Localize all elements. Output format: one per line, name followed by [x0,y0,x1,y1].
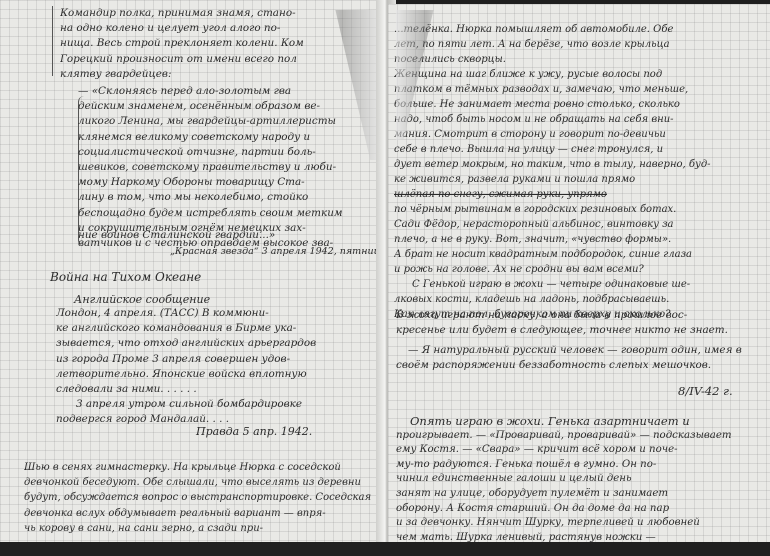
text-line: занят на улице, оборудует пулемёт и зани… [396,487,762,502]
text-line: А брат не носит квадратным подбородок, с… [394,247,764,262]
text-line: — Я натуральный русский человек — говори… [396,343,760,358]
text-line: больше. Не занимает места ровно столько,… [394,97,764,112]
diary-entry-paragraph: ...телёнка. Нюрка помышляет об автомобил… [394,22,764,322]
diary-entry-paragraph: Шью в сенях гимнастерку. На крыльце Нюрк… [24,460,374,536]
text-line: лковых кости, кладешь на ладонь, подбрас… [394,292,764,307]
text-line: своём распоряжении беззаботность слепых … [396,358,760,373]
text-line: летворительно. Японские войска вплотную [56,367,374,382]
text-line: дует ветер мокрым, но таким, что в тылу,… [394,157,764,172]
text-line: Сади Фёдор, нерасторопный альбинос, винт… [394,217,764,232]
text-line: себе в плечо. Вышла на улицу — снег трон… [394,142,764,157]
text-line: Горецкий произносит от имени всего пол [60,52,372,67]
text-line: мому Наркому Обороны товарищу Ста- [78,175,374,190]
text-line: зывается, что отход английских арьергард… [56,336,374,351]
text-line: ке живится, развела руками и пошла прямо [394,172,764,187]
text-line: девчонка вслух обдумывает реальный вариа… [24,506,374,521]
section-subheading: Английское сообщение [74,292,210,307]
oath-source-citation: „Красная звезда“ 3 апреля 1942, пятница [170,244,382,259]
notebook-spread: Командир полка, принимая знамя, стано- н… [0,0,770,556]
text-line: ние воинов Сталинской гвардии...» [78,228,374,243]
oath-quote: — «Склоняясь перед ало-золотым гва дейск… [78,84,374,251]
text-line: Командир полка, принимая знамя, стано- [60,6,372,21]
news-report: Лондон, 4 апреля. (ТАСС) В коммюни- ке а… [56,306,374,428]
text-line: му-то радуются. Генька пошёл в гумно. Он… [396,458,762,473]
text-line: платком в тёмных разводах и, замечаю, чт… [394,82,764,97]
text-line: С Генькой играю в жохи — четыре одинаков… [394,277,764,292]
text-line: будут, обсуждается вопрос о выстранспорт… [24,490,374,505]
margin-line [52,6,53,76]
background-surface [0,542,770,556]
text-line: из города Проме 3 апреля совершен удов- [56,352,374,367]
text-line: клятву гвардейцев: [60,67,372,82]
text-line: Лондон, 4 апреля. (ТАСС) В коммюни- [56,306,374,321]
text-line: чинил единственные галоши и целый день [396,472,762,487]
text-line: по чёрным рытвинам в городских резиновых… [394,202,764,217]
text-line: шевиков, советскому правительству и люби… [78,160,374,175]
text-line: мания. Смотрит в сторону и говорит по-де… [394,127,764,142]
text-line: ему Костя. — «Свара» — кричит всё хором … [396,443,762,458]
section-heading: Война на Тихом Океане [50,270,201,285]
text-line: и рожь на голове. Ах не сродни вы вам вс… [394,262,764,277]
text-line: проигрывает. — «Проваривай, проваривай» … [396,429,762,444]
text-line: ...телёнка. Нюрка помышляет об автомобил… [394,22,764,37]
text-line: 3 апреля утром сильной бомбардировке [56,397,374,412]
text-line: следовали за ними. . . . . . [56,382,374,397]
diary-entry-paragraph: В жохи играют на пасху, а она была в про… [396,308,760,372]
text-line: Шью в сенях гимнастерку. На крыльце Нюрк… [24,460,374,475]
text-line: Опять играю в жохи. Генька азартничает и [396,414,762,429]
right-page: ...телёнка. Нюрка помышляет об автомобил… [388,4,770,544]
text-line: дейским знаменем, осенённым образом ве- [78,99,374,114]
diary-entry-paragraph: Опять играю в жохи. Генька азартничает и… [396,414,762,544]
text-line: социалистической отчизне, партии боль- [78,145,374,160]
text-line: клянемся великому советскому народу и [78,130,374,145]
news-source-citation: Правда 5 апр. 1942. [196,424,312,439]
text-line: нища. Весь строй преклоняет колени. Ком [60,36,372,51]
text-line: кресенье или будет в следующее, точнее н… [396,323,760,338]
text-line: и за девчонку. Нянчит Шурку, терпеливей … [396,516,762,531]
text-line: оборону. А Костя старший. Он да доме да … [396,502,762,517]
text-line: ликого Ленина, мы гвардейцы-артиллеристы [78,114,374,129]
text-line: — «Склоняясь перед ало-золотым гва [78,84,374,99]
left-page: Командир полка, принимая знамя, стано- н… [0,0,382,546]
text-line: ке английского командования в Бирме ука- [56,321,374,336]
text-line: на одно колено и целует угол алого по- [60,21,372,36]
text-line: лет, по пяти лет. А на берёзе, что возле… [394,37,764,52]
text-line: чь корову в сани, на сани зерно, а сзади… [24,521,374,536]
text-line: лину в том, что мы неколебимо, стойко [78,190,374,205]
text-line-struck: шлёпая по снегу, сжимая руки, упрямо [394,187,764,202]
oath-quote-end: ние воинов Сталинской гвардии...» [78,228,374,243]
entry-date: 8/IV-42 г. [678,384,733,399]
text-line: девчонкой беседуют. Обе слышали, что выс… [24,475,374,490]
text-line: плечо, а не в руку. Вот, значит, «чувств… [394,232,764,247]
intro-paragraph: Командир полка, принимая знамя, стано- н… [60,6,372,82]
text-line: поселились скворцы. [394,52,764,67]
text-line: В жохи играют на пасху, а она была в про… [396,308,760,323]
text-line: беспощадно будем истреблять своим метким [78,206,374,221]
text-line: Женщина на шаг ближе к ужу, русые волосы… [394,67,764,82]
text-line: надо, чтоб быть носом и не обращать на с… [394,112,764,127]
